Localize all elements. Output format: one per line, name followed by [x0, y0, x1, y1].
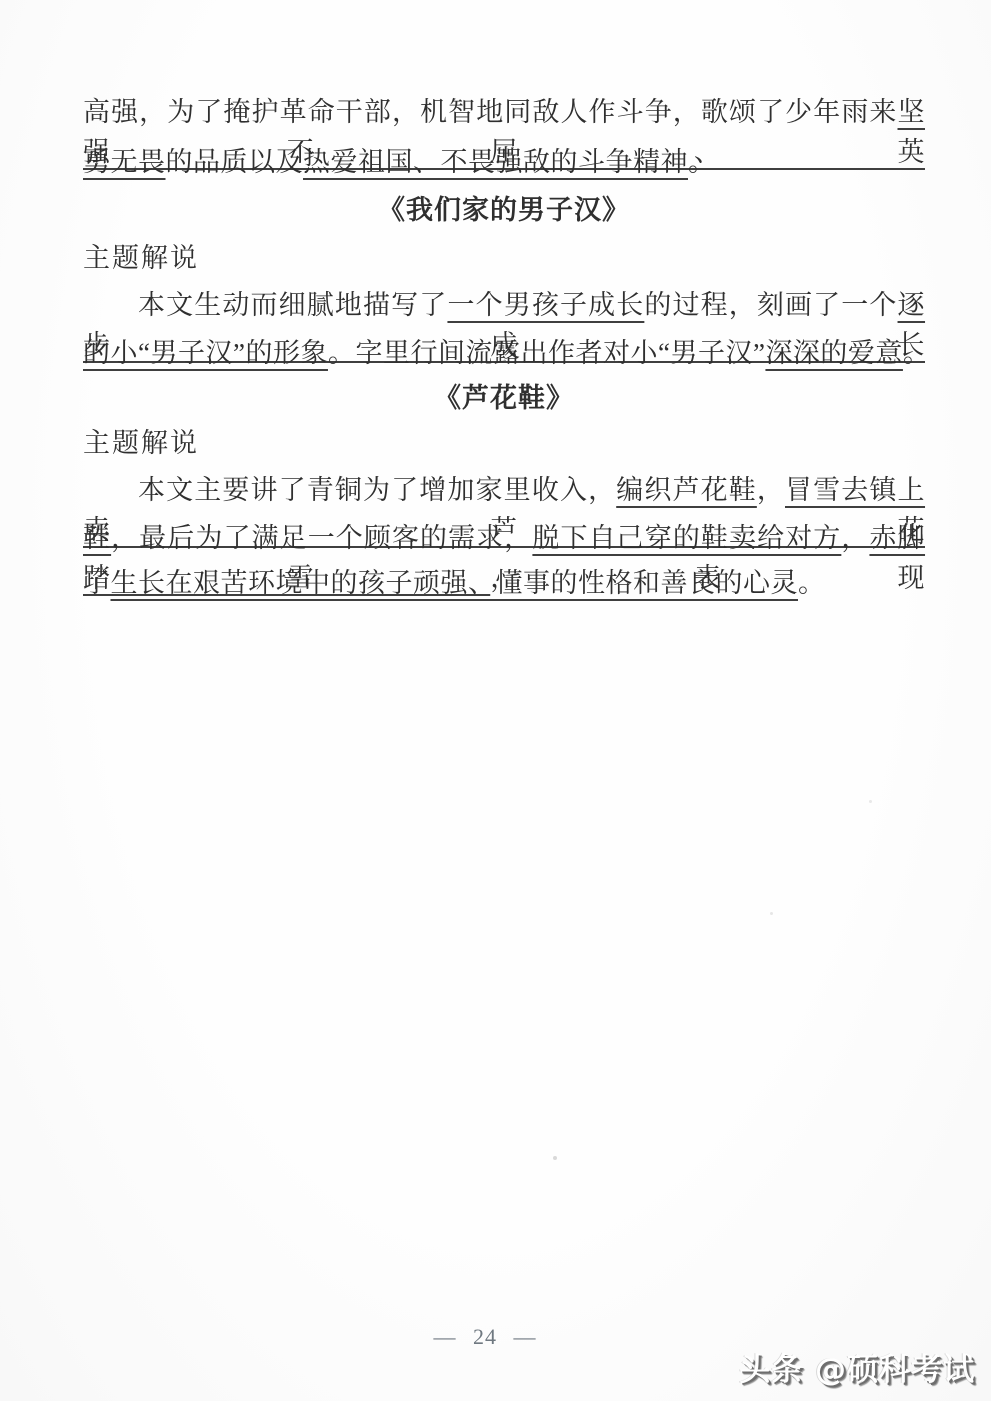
- text-segment: 主题解说: [83, 243, 199, 273]
- document-content: 高强，为了掩护革命干部，机智地同敌人作斗争，歌颂了少年雨来坚强不屈、英勇无畏的品…: [83, 0, 925, 1401]
- text-segment: 了: [83, 568, 111, 598]
- text-line: 勇无畏的品质以及热爱祖国、不畏强敌的斗争精神。: [83, 142, 925, 182]
- page-number: — 24 —: [385, 1324, 585, 1350]
- text-line: 了生长在艰苦环境中的孩子顽强、懂事的性格和善良的心灵。: [83, 563, 925, 603]
- text-segment: 主题解说: [83, 428, 199, 458]
- text-segment: 。: [903, 338, 931, 368]
- text-segment: ，: [757, 475, 785, 505]
- underlined-text: 生长在艰苦环境中的孩子顽强、懂事的性格和善良的心灵: [111, 568, 799, 598]
- watermark: 头条 @硕科考试: [739, 1344, 975, 1389]
- underlined-text: 一个男孩子成长: [447, 290, 644, 320]
- underlined-text: 深深的爱意: [765, 338, 903, 368]
- scanned-document-page: { "page": { "background_color": "#fdfdfd…: [0, 0, 991, 1401]
- underlined-text: 脱下自己穿的鞋卖给对方: [532, 523, 841, 553]
- underlined-text: 的小“男子汉”的形象: [83, 338, 328, 368]
- text-segment: 高强，为了掩护革命干部，机智地同敌人作斗争，歌颂了少年雨来: [83, 97, 898, 127]
- scan-speck: [770, 912, 773, 915]
- text-segment: 。: [688, 147, 716, 177]
- article-title: 《我们家的男子汉》: [83, 191, 925, 231]
- text-segment: 本文主要讲了青铜为了增加家里收入，: [138, 475, 616, 505]
- underlined-text: 热爱祖国、不畏强敌的斗争精神: [303, 147, 688, 177]
- article-title: 《芦花鞋》: [83, 379, 925, 419]
- underlined-text: 编织芦花鞋: [616, 475, 757, 505]
- scan-speck: [869, 800, 872, 803]
- text-segment: ，最后为了满足一个顾客的需求，: [111, 523, 532, 553]
- section-label: 主题解说: [83, 238, 925, 278]
- text-segment: 的品质以及: [166, 147, 304, 177]
- text-segment: 《芦花鞋》: [434, 383, 574, 414]
- text-line: 的小“男子汉”的形象。字里行间流露出作者对小“男子汉”深深的爱意。: [83, 333, 925, 373]
- text-segment: 本文生动而细腻地描写了: [138, 290, 447, 320]
- underlined-text: 勇无畏: [83, 147, 166, 177]
- underlined-text: 鞋: [83, 523, 111, 553]
- section-label: 主题解说: [83, 423, 925, 463]
- text-segment: 的过程，刻画了一个: [644, 290, 897, 320]
- text-segment: 。字里行间流露出作者对小“男子汉”: [328, 338, 765, 368]
- text-segment: 《我们家的男子汉》: [378, 195, 630, 226]
- scan-speck: [553, 1156, 557, 1160]
- text-segment: 。: [798, 568, 826, 598]
- text-segment: ，: [841, 523, 869, 553]
